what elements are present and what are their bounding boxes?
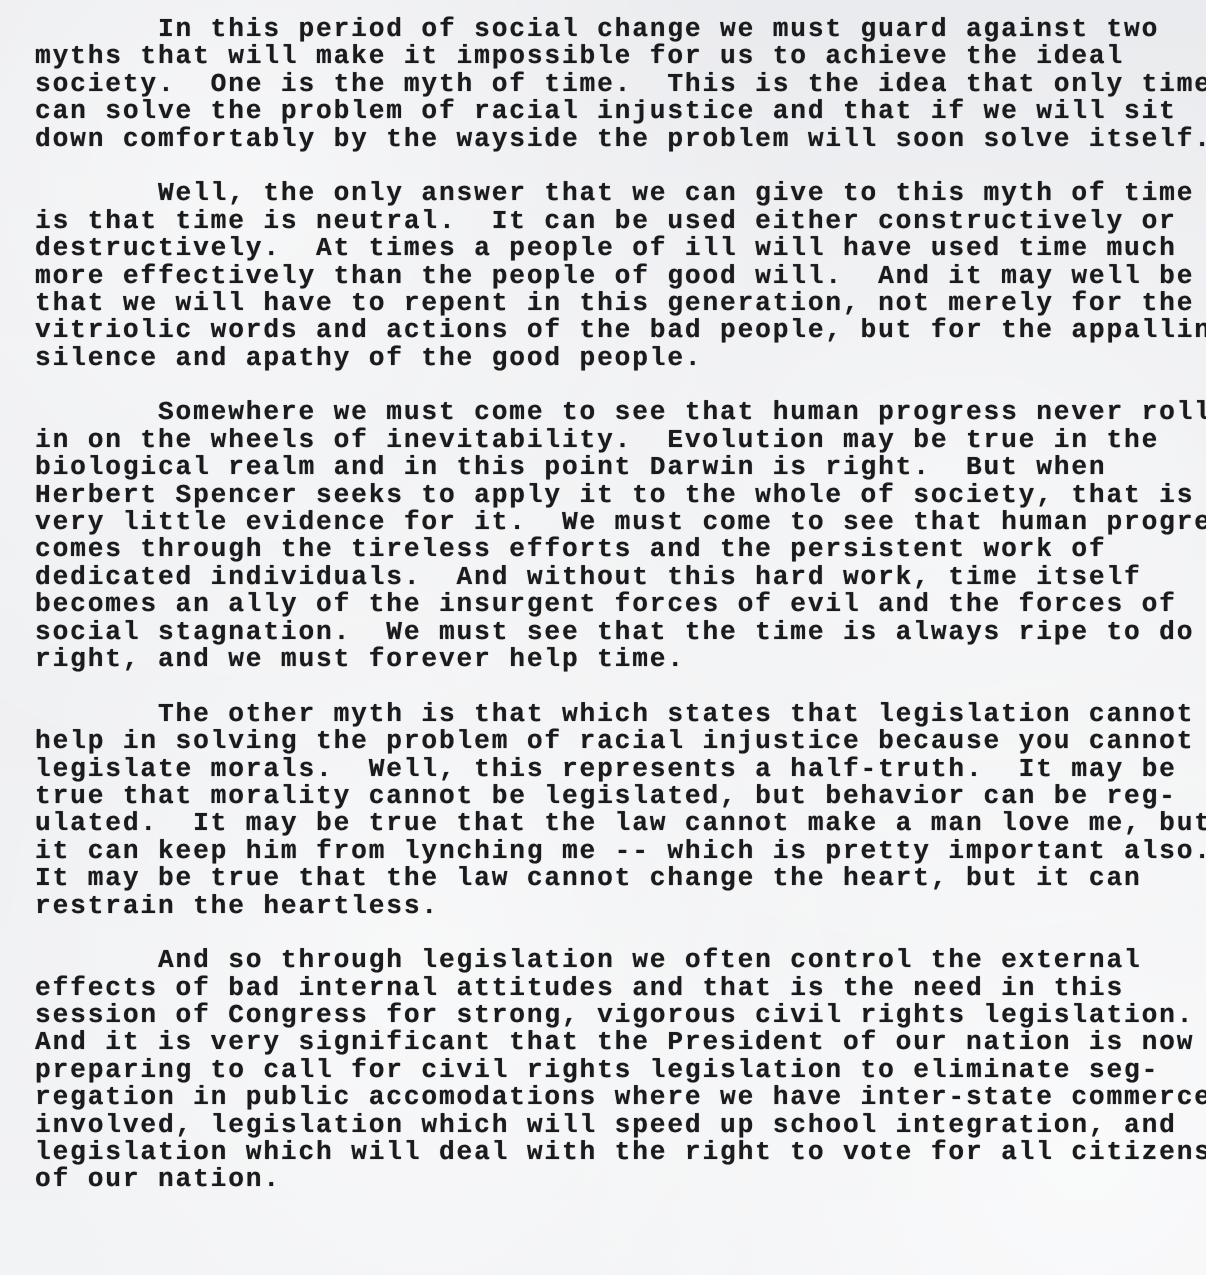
text-line: dedicated individuals. And without this …	[35, 564, 1195, 591]
text-line: right, and we must forever help time.	[35, 646, 1195, 673]
text-line: that we will have to repent in this gene…	[35, 290, 1195, 317]
text-line: silence and apathy of the good people.	[35, 345, 1195, 372]
text-line: In this period of social change we must …	[35, 16, 1195, 43]
text-line: myths that will make it impossible for u…	[35, 43, 1195, 70]
text-line: legislate morals. Well, this represents …	[35, 756, 1195, 783]
text-line: involved, legislation which will speed u…	[35, 1112, 1195, 1139]
typewritten-page: In this period of social change we must …	[0, 0, 1206, 1275]
text-line: vitriolic words and actions of the bad p…	[35, 317, 1195, 344]
text-line: restrain the heartless.	[35, 893, 1195, 920]
text-line: Herbert Spencer seeks to apply it to the…	[35, 482, 1195, 509]
text-line: It may be true that the law cannot chang…	[35, 865, 1195, 892]
text-line: comes through the tireless efforts and t…	[35, 536, 1195, 563]
paragraph: The other myth is that which states that…	[35, 701, 1195, 920]
text-line: session of Congress for strong, vigorous…	[35, 1002, 1195, 1029]
text-line: becomes an ally of the insurgent forces …	[35, 591, 1195, 618]
text-line: Well, the only answer that we can give t…	[35, 180, 1195, 207]
text-line: effects of bad internal attitudes and th…	[35, 975, 1195, 1002]
paragraph: Well, the only answer that we can give t…	[35, 180, 1195, 372]
paragraph: In this period of social change we must …	[35, 16, 1195, 153]
text-line: And it is very significant that the Pres…	[35, 1029, 1195, 1056]
text-line: The other myth is that which states that…	[35, 701, 1195, 728]
text-line: in on the wheels of inevitability. Evolu…	[35, 427, 1195, 454]
text-line: down comfortably by the wayside the prob…	[35, 126, 1195, 153]
text-line: ulated. It may be true that the law cann…	[35, 810, 1195, 837]
text-line: help in solving the problem of racial in…	[35, 728, 1195, 755]
text-line: can solve the problem of racial injustic…	[35, 98, 1195, 125]
text-line: preparing to call for civil rights legis…	[35, 1057, 1195, 1084]
text-line: And so through legislation we often cont…	[35, 947, 1195, 974]
text-line: society. One is the myth of time. This i…	[35, 71, 1195, 98]
text-line: legislation which will deal with the rig…	[35, 1139, 1195, 1166]
text-line: true that morality cannot be legislated,…	[35, 783, 1195, 810]
text-line: destructively. At times a people of ill …	[35, 235, 1195, 262]
text-line: of our nation.	[35, 1166, 1195, 1193]
paragraph: Somewhere we must come to see that human…	[35, 399, 1195, 673]
text-line: it can keep him from lynching me -- whic…	[35, 838, 1195, 865]
text-line: Somewhere we must come to see that human…	[35, 399, 1195, 426]
text-line: very little evidence for it. We must com…	[35, 509, 1195, 536]
text-line: biological realm and in this point Darwi…	[35, 454, 1195, 481]
document-body: In this period of social change we must …	[35, 16, 1195, 1221]
text-line: social stagnation. We must see that the …	[35, 619, 1195, 646]
text-line: more effectively than the people of good…	[35, 263, 1195, 290]
paragraph: And so through legislation we often cont…	[35, 947, 1195, 1194]
text-line: regation in public accomodations where w…	[35, 1084, 1195, 1111]
text-line: is that time is neutral. It can be used …	[35, 208, 1195, 235]
